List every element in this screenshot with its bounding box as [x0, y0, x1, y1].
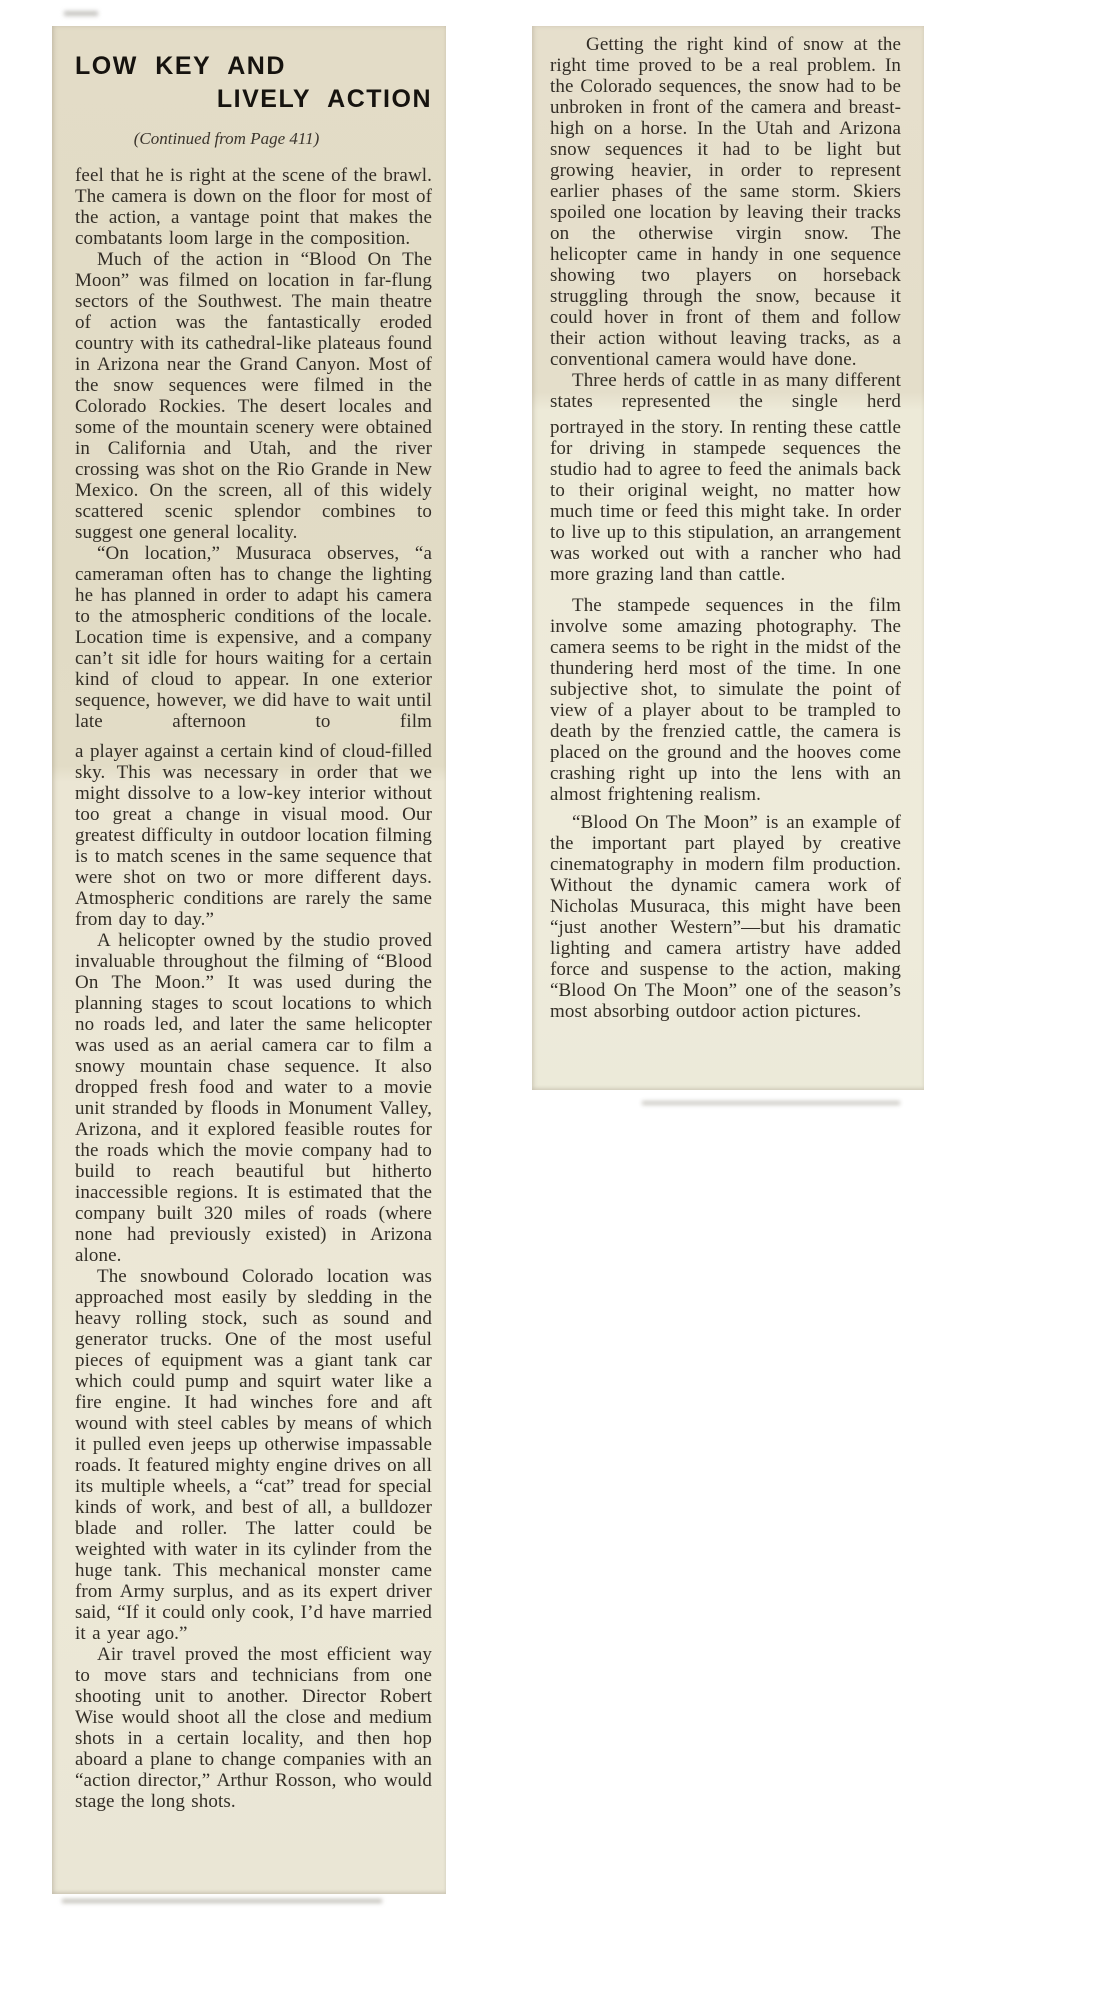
paragraph: feel that he is right at the scene of th… — [75, 165, 432, 249]
paragraph: Three herds of cattle in as many differe… — [550, 370, 901, 412]
paragraph: The stampede sequences in the film invol… — [550, 595, 901, 805]
scan-shadow — [642, 1101, 900, 1105]
magazine-page: LOW KEY AND LIVELY ACTION (Continued fro… — [0, 0, 1100, 2000]
right-column-text: Getting the right kind of snow at the ri… — [550, 34, 901, 1022]
paragraph: Much of the action in “Blood On The Moon… — [75, 249, 432, 543]
article-title-line2: LIVELY ACTION — [75, 83, 432, 116]
article-title: LOW KEY AND LIVELY ACTION — [75, 50, 432, 116]
article-title-line1: LOW KEY AND — [75, 50, 432, 83]
paragraph: a player against a certain kind of cloud… — [75, 741, 432, 930]
left-column: LOW KEY AND LIVELY ACTION (Continued fro… — [52, 26, 446, 1894]
paragraph: Getting the right kind of snow at the ri… — [550, 34, 901, 370]
paragraph: “Blood On The Moon” is an example of the… — [550, 812, 901, 1022]
continued-note: (Continued from Page 411) — [75, 129, 432, 149]
left-column-text: feel that he is right at the scene of th… — [75, 165, 432, 1812]
paragraph: The snowbound Colorado location was appr… — [75, 1266, 432, 1644]
paragraph: “On location,” Musuraca observes, “a cam… — [75, 543, 432, 732]
right-column: Getting the right kind of snow at the ri… — [532, 26, 924, 1090]
scan-artifact — [64, 11, 98, 16]
paragraph: portrayed in the story. In renting these… — [550, 417, 901, 585]
paragraph: A helicopter owned by the studio proved … — [75, 930, 432, 1266]
paragraph: Air travel proved the most efficient way… — [75, 1644, 432, 1812]
scan-shadow — [62, 1899, 382, 1903]
